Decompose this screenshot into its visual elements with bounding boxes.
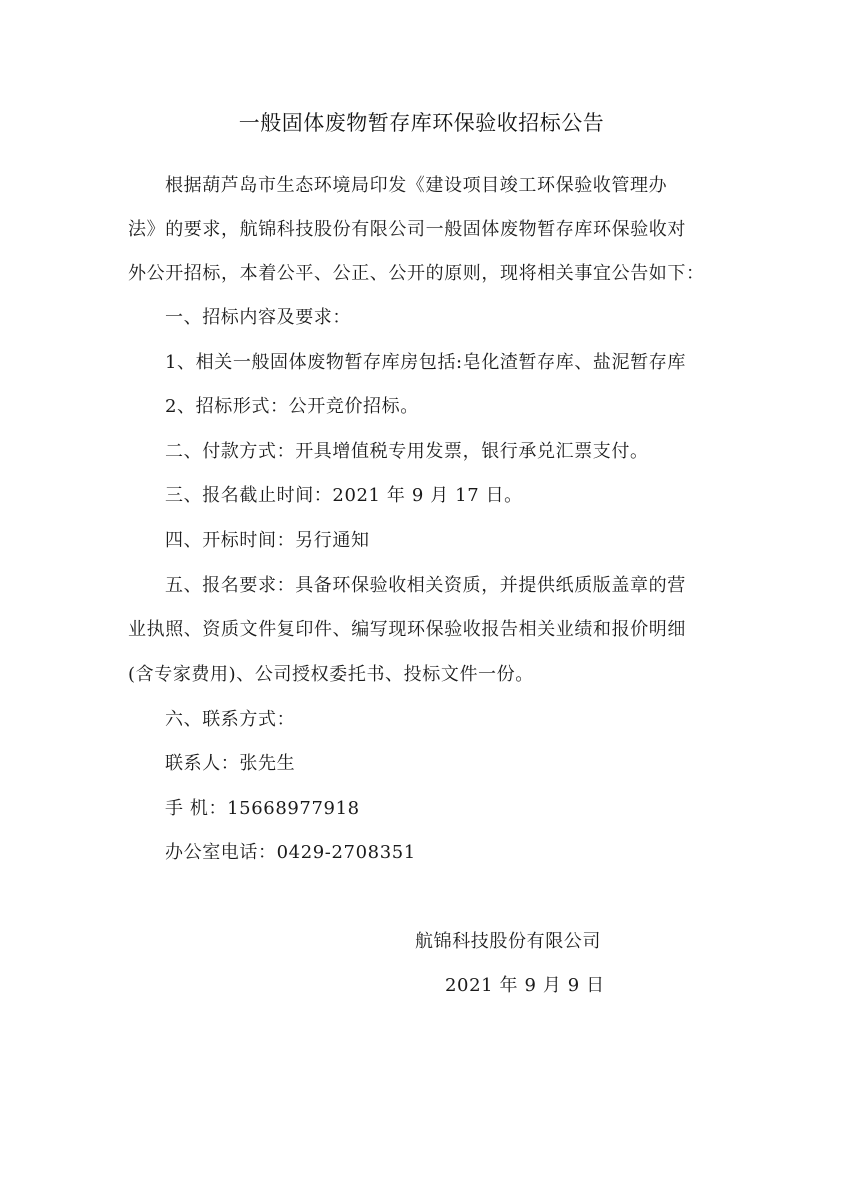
- signature-company: 航锦科技股份有限公司: [415, 929, 601, 955]
- signature-date: 2021 年 9 月 9 日: [445, 973, 605, 999]
- document-page: 一般固体废物暂存库环保验收招标公告 根据葫芦岛市生态环境局印发《建设项目竣工环保…: [0, 0, 843, 1192]
- section-5-line-3: (含专家费用)、公司授权委托书、投标文件一份。: [128, 662, 534, 688]
- section-1-heading: 一、招标内容及要求：: [165, 305, 351, 331]
- section-4-opening-time: 四、开标时间：另行通知: [165, 528, 370, 554]
- section-5-line-2: 业执照、资质文件复印件、编写现环保验收报告相关业绩和报价明细: [128, 617, 686, 643]
- contact-person: 联系人：张先生: [165, 751, 295, 777]
- intro-line-1: 根据葫芦岛市生态环境局印发《建设项目竣工环保验收管理办: [165, 173, 667, 199]
- contact-office-phone: 办公室电话：0429-2708351: [165, 840, 416, 866]
- intro-line-3: 外公开招标，本着公平、公正、公开的原则，现将相关事宜公告如下：: [128, 261, 705, 287]
- section-3-deadline: 三、报名截止时间：2021 年 9 月 17 日。: [165, 483, 523, 509]
- section-2-payment: 二、付款方式：开具增值税专用发票，银行承兑汇票支付。: [165, 439, 649, 465]
- section-1-item-2: 2、招标形式：公开竞价招标。: [165, 394, 419, 420]
- intro-line-2: 法》的要求，航锦科技股份有限公司一般固体废物暂存库环保验收对: [128, 217, 686, 243]
- section-1-item-1: 1、相关一般固体废物暂存库房包括:皂化渣暂存库、盐泥暂存库: [165, 350, 686, 376]
- section-6-heading: 六、联系方式：: [165, 707, 295, 733]
- section-5-line-1: 五、报名要求：具备环保验收相关资质，并提供纸质版盖章的营: [165, 573, 686, 599]
- document-title: 一般固体废物暂存库环保验收招标公告: [0, 108, 843, 138]
- contact-mobile: 手 机：15668977918: [165, 796, 360, 822]
